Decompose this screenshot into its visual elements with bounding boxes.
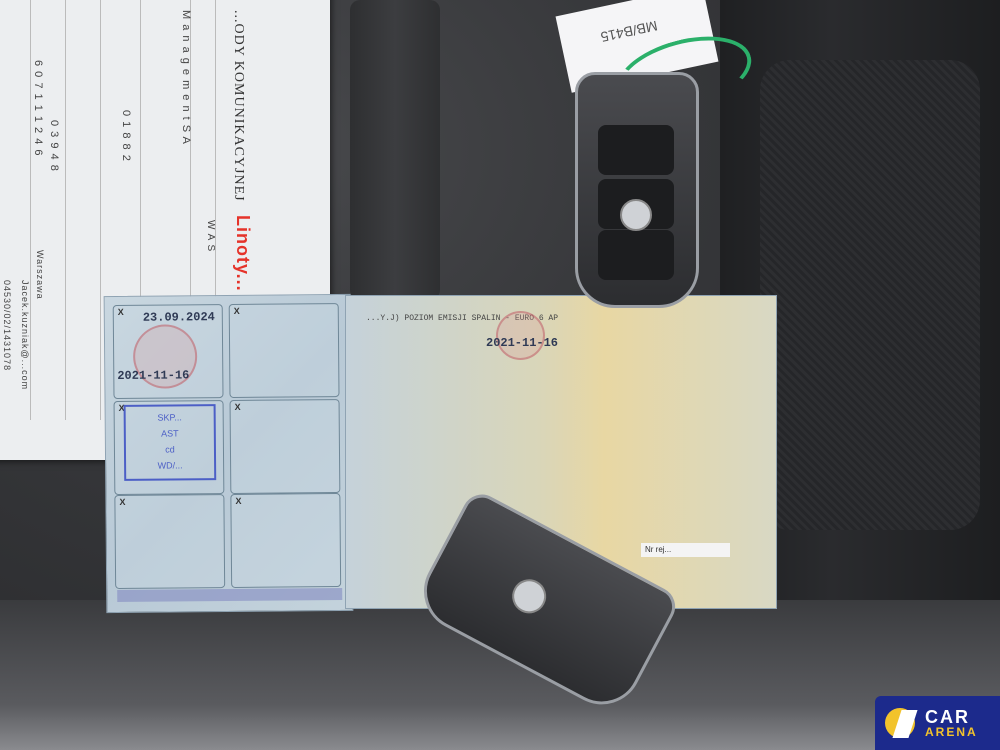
form-account: 04530/02/1431078 <box>2 280 12 371</box>
inspection-cell: X <box>229 303 340 398</box>
lock-icon <box>506 573 552 619</box>
logo-line-2: ARENA <box>925 726 978 738</box>
eagle-emblem-bar <box>117 588 342 602</box>
seat-seam <box>350 0 440 300</box>
inspection-cell: X <box>230 399 341 494</box>
key-button <box>598 125 674 175</box>
form-plate: W A S <box>205 220 216 252</box>
seat-pattern <box>760 60 980 530</box>
form-number-1: 0 1 8 8 2 <box>120 110 132 162</box>
form-phone: 6 0 7 1 1 1 2 4 6 <box>32 60 44 157</box>
plate-sticker: Nr rej... <box>641 543 730 557</box>
key-button <box>598 230 674 280</box>
car-arena-logo: CAR ARENA <box>875 696 1000 750</box>
form-brand: Linoty... <box>232 215 253 292</box>
inspection-cell: X <box>230 493 341 588</box>
form-company: M a n a g e m e n t S A <box>180 10 192 145</box>
blue-inspection-stamp: SKP...AST cdWD/... <box>124 404 217 481</box>
logo-line-1: CAR <box>925 708 978 726</box>
lock-icon <box>620 199 652 231</box>
stamp-date: 2021-11-16 <box>486 336 558 350</box>
form-city: Warszawa <box>35 250 45 300</box>
form-email: Jacek.kuzniak@...com <box>20 280 30 390</box>
booklet-left-page: X X X X X X 23.09.2024 2021-11-16 SKP...… <box>104 294 354 613</box>
stamp-date: 2021-11-16 <box>117 368 189 383</box>
logo-mark-icon <box>885 708 915 738</box>
stamp-date-top: 23.09.2024 <box>143 310 215 325</box>
form-number-2: 0 3 9 4 8 <box>48 120 60 172</box>
form-title: ...ODY KOMUNIKACYJNEJ <box>230 10 246 202</box>
inspection-cell: X <box>114 494 225 589</box>
